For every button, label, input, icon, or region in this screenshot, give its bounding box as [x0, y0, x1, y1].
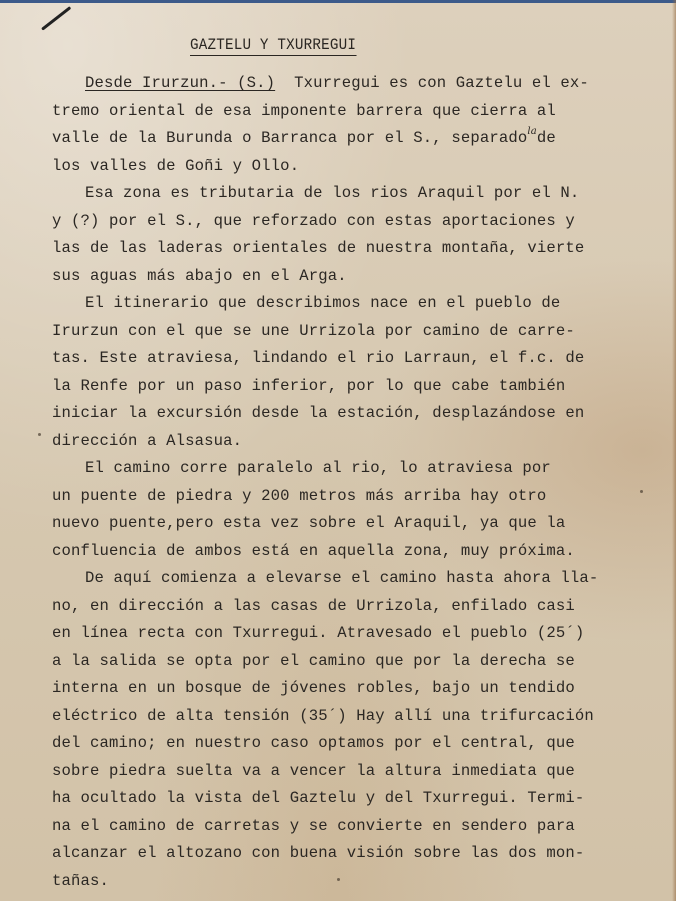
paragraph-4-line-3: nuevo puente,pero esta vez sobre el Araq…: [52, 510, 672, 538]
paragraph-5-line-12: tañas.: [52, 868, 672, 896]
document-body: Desde Irurzun.- (S.) Txurregui es con Ga…: [52, 70, 672, 895]
paragraph-5-line-3: en línea recta con Txurregui. Atravesado…: [52, 620, 672, 648]
paragraph-5-line-7: del camino; en nuestro caso optamos por …: [52, 730, 672, 758]
paragraph-3-line-3: tas. Este atraviesa, lindando el rio Lar…: [52, 345, 672, 373]
paragraph-1-line-2: tremo oriental de esa imponente barrera …: [52, 98, 672, 126]
paragraph-4-line-1: El camino corre paralelo al rio, lo atra…: [52, 455, 672, 483]
paragraph-5-line-11: alcanzar el altozano con buena visión so…: [52, 840, 672, 868]
paragraph-3-line-2: Irurzun con el que se une Urrizola por c…: [52, 318, 672, 346]
paragraph-5-line-1: De aquí comienza a elevarse el camino ha…: [52, 565, 672, 593]
paragraph-5-line-5: interna en un bosque de jóvenes robles, …: [52, 675, 672, 703]
paragraph-1-line-1: Desde Irurzun.- (S.) Txurregui es con Ga…: [52, 70, 672, 98]
paper-right-edge: [672, 0, 676, 901]
scan-top-edge: [0, 0, 676, 3]
paragraph-2-line-2: y (?) por el S., que reforzado con estas…: [52, 208, 672, 236]
paper-speck: [38, 433, 41, 436]
paragraph-5-line-10: na el camino de carretas y se convierte …: [52, 813, 672, 841]
handwritten-annotation: la: [527, 126, 536, 137]
paragraph-3-line-5: iniciar la excursión desde la estación, …: [52, 400, 672, 428]
paragraph-2-line-1: Esa zona es tributaria de los rios Araqu…: [52, 180, 672, 208]
paragraph-2-line-4: sus aguas más abajo en el Arga.: [52, 263, 672, 291]
paper-speck: [337, 878, 340, 881]
paragraph-1-line-3: valle de la Burunda o Barranca por el S.…: [52, 125, 672, 153]
pen-mark: [41, 6, 71, 31]
paragraph-5-line-8: sobre piedra suelta va a vencer la altur…: [52, 758, 672, 786]
paragraph-5-line-9: ha ocultado la vista del Gaztelu y del T…: [52, 785, 672, 813]
paragraph-1-line-4: los valles de Goñi y Ollo.: [52, 153, 672, 181]
scanned-page: GAZTELU Y TXURREGUI Desde Irurzun.- (S.)…: [0, 0, 676, 901]
paragraph-5-line-4: a la salida se opta por el camino que po…: [52, 648, 672, 676]
paragraph-5-line-6: eléctrico de alta tensión (35´) Hay allí…: [52, 703, 672, 731]
paragraph-2-line-3: las de las laderas orientales de nuestra…: [52, 235, 672, 263]
paragraph-3-line-4: la Renfe por un paso inferior, por lo qu…: [52, 373, 672, 401]
section-heading: Desde Irurzun.- (S.): [85, 74, 275, 92]
paragraph-5-line-2: no, en dirección a las casas de Urrizola…: [52, 593, 672, 621]
paragraph-4-line-4: confluencia de ambos está en aquella zon…: [52, 538, 672, 566]
paragraph-3-line-6: dirección a Alsasua.: [52, 428, 672, 456]
paragraph-3-line-1: El itinerario que describimos nace en el…: [52, 290, 672, 318]
document-title: GAZTELU Y TXURREGUI: [190, 36, 356, 56]
paragraph-4-line-2: un puente de piedra y 200 metros más arr…: [52, 483, 672, 511]
paper-speck: [640, 490, 643, 493]
